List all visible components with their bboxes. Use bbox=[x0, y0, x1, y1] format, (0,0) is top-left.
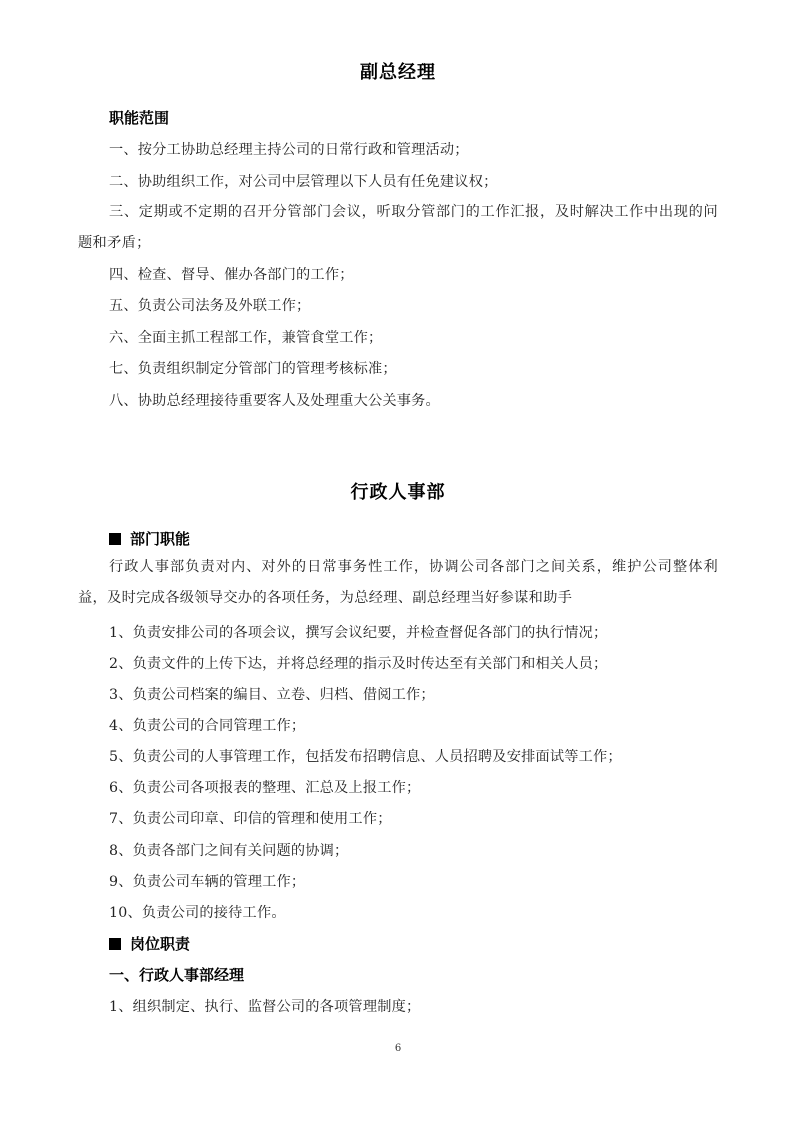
list-item: 3、负责公司档案的编目、立卷、归档、借阅工作； bbox=[109, 684, 435, 704]
list-item: 三、定期或不定期的召开分管部门会议，听取分管部门的工作汇报，及时解决工作中出现的… bbox=[78, 197, 718, 259]
subheading-function-scope: 职能范围 bbox=[109, 107, 169, 128]
list-item: 4、负责公司的合同管理工作； bbox=[109, 715, 305, 735]
dept-intro-paragraph: 行政人事部负责对内、对外的日常事务性工作，协调公司各部门之间关系，维护公司整体利… bbox=[78, 552, 718, 614]
position-title: 一、行政人事部经理 bbox=[109, 964, 244, 985]
list-item: 七、负责组织制定分管部门的管理考核标准； bbox=[109, 358, 397, 378]
document-page: 副总经理 职能范围 一、按分工协助总经理主持公司的日常行政和管理活动； 二、协助… bbox=[78, 0, 718, 1122]
square-bullet-icon bbox=[109, 533, 121, 545]
subheading-dept-function: 部门职能 bbox=[109, 528, 190, 549]
list-item: 8、负责各部门之间有关问题的协调； bbox=[109, 840, 348, 860]
list-item: 一、按分工协助总经理主持公司的日常行政和管理活动； bbox=[109, 139, 469, 159]
page-number: 6 bbox=[78, 1043, 718, 1054]
list-item: 四、检查、督导、催办各部门的工作； bbox=[109, 264, 354, 284]
section-title-deputy-gm: 副总经理 bbox=[78, 58, 718, 84]
list-item: 9、负责公司车辆的管理工作； bbox=[109, 871, 305, 891]
section-title-admin-hr: 行政人事部 bbox=[78, 478, 718, 504]
square-bullet-icon bbox=[109, 938, 121, 950]
list-item: 10、负责公司的接待工作。 bbox=[109, 902, 286, 922]
list-item: 5、负责公司的人事管理工作，包括发布招聘信息、人员招聘及安排面试等工作； bbox=[109, 746, 622, 766]
subheading-label: 岗位职责 bbox=[130, 935, 190, 953]
list-item: 1、组织制定、执行、监督公司的各项管理制度； bbox=[109, 996, 420, 1016]
subheading-position-duties: 岗位职责 bbox=[109, 933, 190, 954]
list-item: 1、负责安排公司的各项会议，撰写会议纪要，并检查督促各部门的执行情况； bbox=[109, 622, 607, 642]
subheading-label: 部门职能 bbox=[130, 530, 190, 548]
list-item: 二、协助组织工作，对公司中层管理以下人员有任免建议权； bbox=[109, 171, 497, 191]
list-item: 2、负责文件的上传下达，并将总经理的指示及时传达至有关部门和相关人员； bbox=[109, 653, 607, 673]
list-item: 六、全面主抓工程部工作，兼管食堂工作； bbox=[109, 327, 382, 347]
list-item: 八、协助总经理接待重要客人及处理重大公关事务。 bbox=[109, 390, 440, 410]
list-item: 6、负责公司各项报表的整理、汇总及上报工作； bbox=[109, 777, 420, 797]
list-item: 7、负责公司印章、印信的管理和使用工作； bbox=[109, 808, 392, 828]
list-item: 五、负责公司法务及外联工作； bbox=[109, 295, 310, 315]
